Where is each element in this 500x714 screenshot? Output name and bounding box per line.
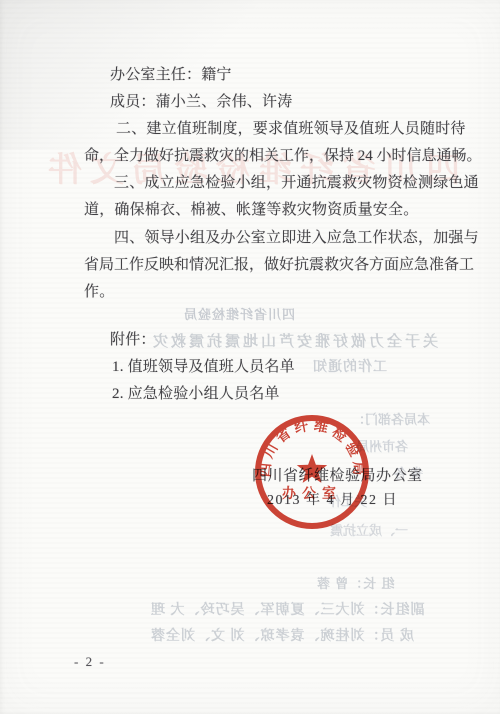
page-number: - 2 - [74,654,106,670]
body-line: 三、成立应急检验小组，开通抗震救灾物资检测绿色通 [114,171,479,192]
attachment-item: 2. 应急检验小组人员名单 [112,382,280,403]
body-line: 省局工作反映和情况汇报，做好抗震救灾各方面应急准备工 [84,253,474,274]
body-line: 二、建立值班制度，要求值班领导及值班人员随时待 [116,117,466,138]
bleed-through-title-line: 关于全力做好雅安芦山地震抗震救灾 [150,330,438,351]
body-line: 道，确保棉衣、棉被、帐篷等救灾物资质量安全。 [84,198,418,219]
bleed-through-fragment: 成 员：刘桂琬、袁孝琼、刘 文、刘全蓉 [150,625,414,645]
seal-star-icon [297,454,327,483]
body-line: 四、领导小组及办公室立即进入应急工作状态，加强与 [114,226,479,247]
body-line-office-director: 办公室主任：籍宁 [110,63,232,84]
seal-bottom-text: 办公室 [282,485,342,502]
body-line: 作。 [84,280,114,301]
scanned-document-page: 四川省纤维检验局文件 四川省纤维检验局 关于全力做好雅安芦山地震抗震救灾 工作的… [0,0,500,714]
bleed-through-fragment: 组 长：曾 蓉 [316,573,395,592]
bleed-through-fragment: 副组长：刘大三、夏朝军、吴巧玲、大 理 [150,599,425,619]
official-seal: 四川省纤维检验局 办公室 [250,410,374,534]
body-line: 命，全力做好抗震救灾的相关工作，保持 24 小时信息通畅。 [84,144,482,165]
attachment-item: 1. 值班领导及值班人员名单 [112,355,295,376]
attachment-label: 附件： [110,328,156,349]
bleed-through-title-line: 四川省纤维检验局 [183,304,295,323]
body-line-members: 成员：蒲小兰、佘伟、许涛 [110,90,292,111]
bleed-through-title-line: 工作的通知 [312,356,387,376]
